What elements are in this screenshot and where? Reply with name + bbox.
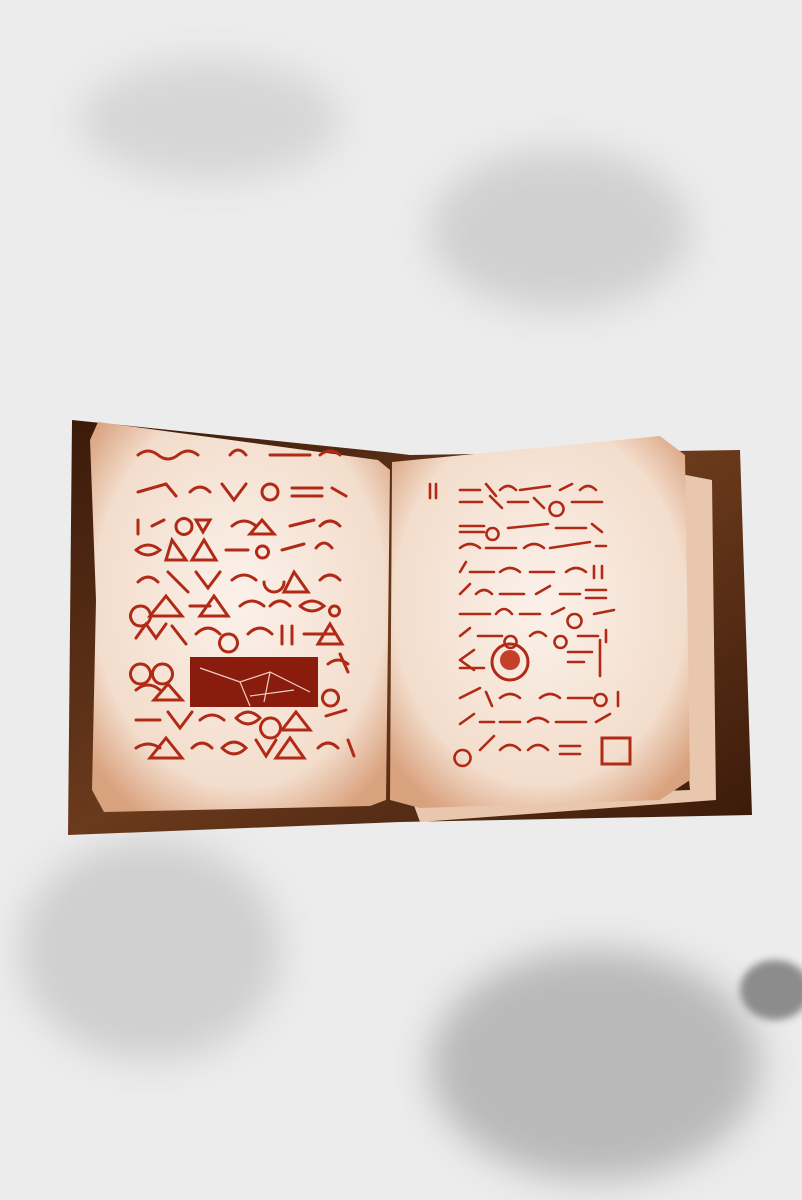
- open-book: [0, 0, 802, 1200]
- cracked-panel: [190, 657, 318, 707]
